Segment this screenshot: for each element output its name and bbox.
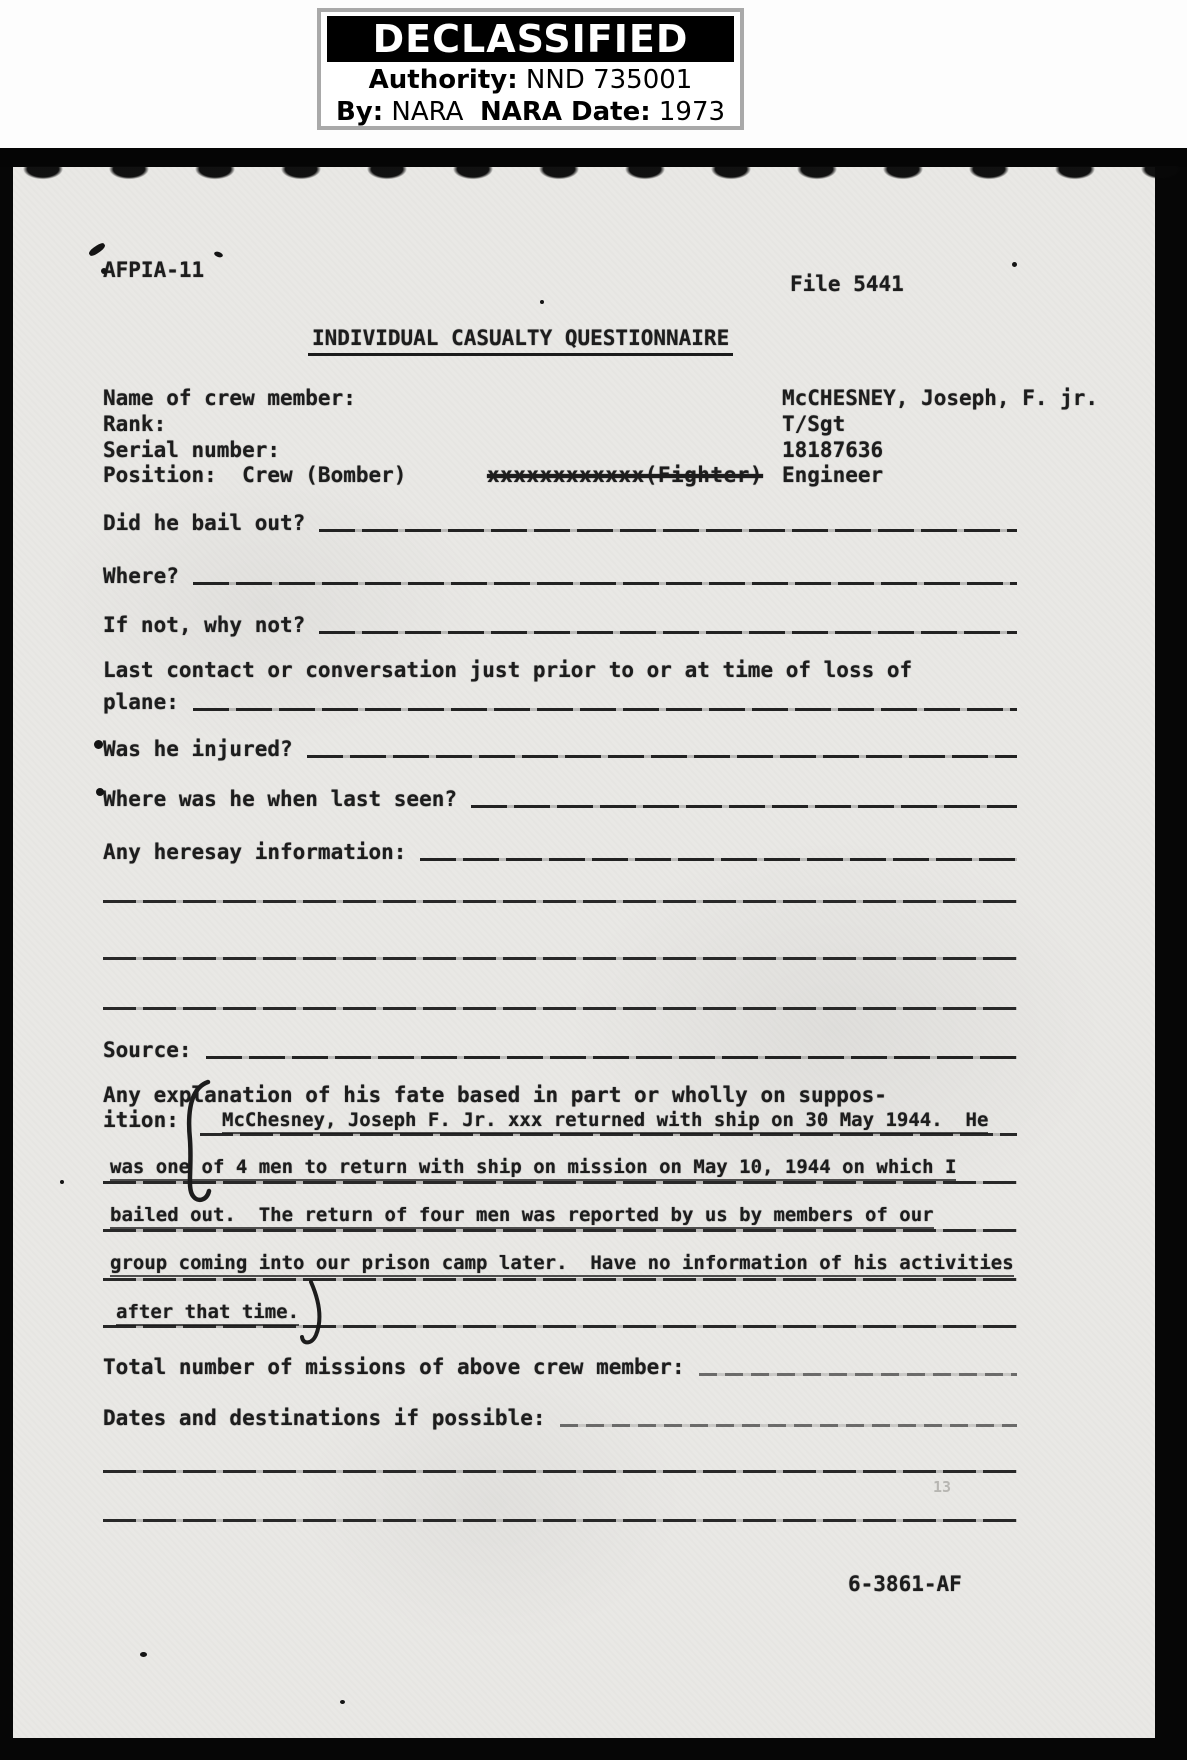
handwritten-bracket-open — [178, 1078, 218, 1206]
ink-speck — [60, 1180, 64, 1184]
question-injured: Was he injured? — [103, 734, 1017, 761]
blank-rule-line — [103, 1519, 1017, 1522]
answer-text: group coming into our prison camp later.… — [110, 1252, 1014, 1277]
question-last-contact-line1: Last contact or conversation just prior … — [103, 658, 912, 682]
blank-answer-line — [193, 582, 1017, 585]
question-label: plane: — [103, 690, 179, 714]
answer-rule-line — [103, 1278, 1017, 1281]
question-label: Source: — [103, 1038, 192, 1062]
question-last-contact-line2: plane: — [103, 687, 1017, 714]
file-number: File 5441 — [790, 272, 904, 296]
ink-speck — [213, 251, 223, 259]
ink-speck — [101, 268, 107, 274]
blank-answer-line — [420, 858, 1017, 861]
field-label-name: Name of crew member: — [103, 386, 356, 410]
doc-ref: AFPIA-11 — [103, 258, 204, 282]
blank-answer-line — [319, 631, 1017, 634]
scanned-document-page: { "stamp": { "title": "DECLASSIFIED", "a… — [0, 0, 1187, 1760]
question-dates-destinations: Dates and destinations if possible: — [103, 1403, 1017, 1430]
question-hearsay: Any heresay information: — [103, 837, 1017, 864]
answer-line-2: was one of 4 men to return with ship on … — [110, 1156, 956, 1178]
question-label: Total number of missions of above crew m… — [103, 1355, 685, 1379]
answer-line-4: group coming into our prison camp later.… — [110, 1252, 1014, 1274]
question-total-missions: Total number of missions of above crew m… — [103, 1352, 1017, 1379]
question-label: Where was he when last seen? — [103, 787, 457, 811]
field-value-position: Engineer — [782, 463, 883, 487]
question-supposition-line2: ition: — [103, 1108, 179, 1132]
answer-text: bailed out. The return of four men was r… — [110, 1204, 934, 1229]
answer-rule-line — [103, 1325, 1017, 1328]
ink-speck — [140, 1652, 147, 1657]
blank-answer-line — [206, 1056, 1017, 1059]
answer-line-3: bailed out. The return of four men was r… — [110, 1204, 934, 1226]
blank-rule-line — [103, 957, 1017, 960]
question-source: Source: — [103, 1035, 1017, 1062]
answer-rule-line — [200, 1133, 1017, 1136]
ink-speck — [1012, 262, 1017, 267]
answer-rule-line — [103, 1181, 1017, 1184]
question-last-seen: Where was he when last seen? — [103, 784, 1017, 811]
blank-answer-line — [471, 805, 1017, 808]
blank-answer-line — [699, 1373, 1017, 1376]
field-label-rank: Rank: — [103, 412, 166, 436]
handwritten-bracket-close — [298, 1280, 332, 1350]
blank-rule-line — [103, 1007, 1017, 1010]
blank-answer-line — [307, 755, 1017, 758]
question-label: Any heresay information: — [103, 840, 406, 864]
blank-rule-line — [103, 900, 1017, 903]
answer-text: McChesney, Joseph F. Jr. xxx returned wi… — [222, 1109, 988, 1134]
question-where: Where? — [103, 561, 1017, 588]
question-label: Dates and destinations if possible: — [103, 1406, 546, 1430]
question-label: Did he bail out? — [103, 511, 305, 535]
answer-line-1: McChesney, Joseph F. Jr. xxx returned wi… — [222, 1109, 988, 1131]
ink-speck — [94, 740, 103, 749]
form-title: INDIVIDUAL CASUALTY QUESTIONNAIRE — [308, 326, 733, 356]
blank-rule-line — [103, 1470, 1017, 1473]
ink-speck — [540, 300, 544, 304]
blank-answer-line — [319, 529, 1017, 532]
ink-speck — [96, 788, 104, 796]
question-bail-out: Did he bail out? — [103, 508, 1017, 535]
question-supposition-line1: Any explanation of his fate based in par… — [103, 1083, 887, 1107]
question-label: Where? — [103, 564, 179, 588]
field-label-position: Position: Crew (Bomber) — [103, 463, 406, 487]
ink-speck — [88, 241, 107, 257]
answer-rule-line — [103, 1229, 1017, 1232]
footer-code: 6-3861-AF — [848, 1572, 962, 1596]
question-label: If not, why not? — [103, 613, 305, 637]
ink-speck — [340, 1700, 345, 1704]
blank-answer-line — [560, 1424, 1017, 1427]
form-content: AFPIA-11 File 5441 INDIVIDUAL CASUALTY Q… — [0, 0, 1187, 1760]
stray-faint-mark: 13 — [933, 1478, 951, 1496]
blank-answer-line — [193, 708, 1017, 711]
field-value-name: McCHESNEY, Joseph, F. jr. — [782, 386, 1098, 410]
field-value-rank: T/Sgt — [782, 412, 845, 436]
answer-text: was one of 4 men to return with ship on … — [110, 1156, 956, 1181]
position-struck-text: xxxxxxxxxxxx(Fighter) — [487, 463, 763, 487]
question-if-not-why: If not, why not? — [103, 610, 1017, 637]
field-value-serial: 18187636 — [782, 438, 883, 462]
question-label: Was he injured? — [103, 737, 293, 761]
answer-text: after that time. — [116, 1301, 299, 1326]
answer-line-5: after that time. — [116, 1301, 299, 1323]
field-label-serial: Serial number: — [103, 438, 280, 462]
